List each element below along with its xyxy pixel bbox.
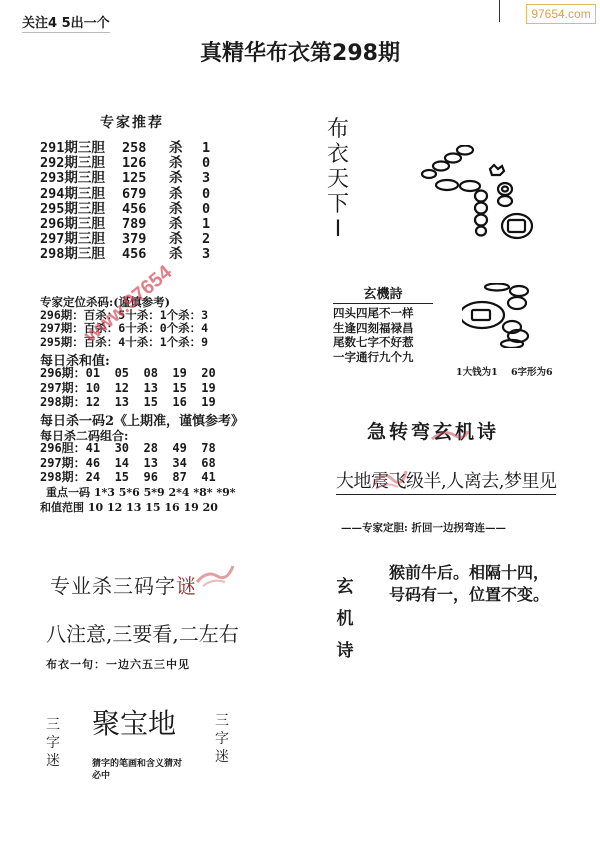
list-item: 298期：24 15 96 87 41 (40, 470, 216, 485)
kill-label: 杀 (164, 171, 202, 186)
dan-value: 456 (122, 247, 164, 262)
daily-sum-kill-list: 296期：01 05 08 19 20 297期：10 12 13 15 19 … (40, 366, 216, 410)
site-badge[interactable]: 97654.com (526, 4, 596, 24)
kill-value: 3 (202, 247, 232, 262)
dan-value: 258 (122, 141, 164, 156)
char: 下 (325, 192, 351, 217)
list-item: 298期：12 13 15 16 19 (40, 395, 216, 410)
kill-value: 1 (202, 217, 232, 232)
period: 298期三胆 (40, 247, 122, 262)
coin-caption: 1大钱为1 6字形为6 (456, 364, 553, 378)
period: 292期三胆 (40, 156, 122, 171)
char: 衣 (325, 142, 351, 167)
dan-value: 125 (122, 171, 164, 186)
table-row: 298期三胆456杀3 (40, 247, 232, 262)
brush-stroke-decoration (430, 425, 470, 443)
char: 三 (44, 716, 62, 734)
xuanji-poem: 玄機詩 四头四尾不一样 生逢四刻福禄昌 尾数七字不好惹 一字通行九个九 (333, 283, 433, 364)
char: 诗 (335, 635, 355, 667)
list-item: 295期：百杀：4十杀：1个杀：9 (40, 336, 208, 349)
kill-label: 杀 (164, 217, 202, 232)
kill-three-title: 专业杀三码字谜 (50, 570, 197, 599)
riddle-line: 八注意,三要看,二左右 (46, 618, 239, 647)
list-item: 296胆：41 30 28 49 78 (40, 441, 216, 456)
poem-line: 生逢四刻福禄昌 (333, 321, 433, 336)
kill-value: 0 (202, 187, 232, 202)
list-item: 296期：01 05 08 19 20 (40, 366, 216, 381)
sum-range: 和值范围 10 12 13 15 16 19 20 (40, 499, 218, 515)
kill-value: 0 (202, 156, 232, 171)
xuanji-shi-lines: 猴前牛后。相隔十四， 号码有一，位置不变。 (389, 562, 549, 606)
period: 297期三胆 (40, 232, 122, 247)
dan-value: 789 (122, 217, 164, 232)
kill-value: 3 (202, 171, 232, 186)
char: 机 (335, 603, 355, 635)
char: 迷 (44, 752, 62, 770)
table-row: 291期三胆258杀1 (40, 141, 232, 156)
list-item: 297期：百杀：6十杀：0个杀：4 (40, 322, 208, 335)
poem-line: 猴前牛后。相隔十四， (389, 562, 549, 584)
xuanji-poem-title: 玄機詩 (333, 283, 433, 304)
table-row: 295期三胆456杀0 (40, 202, 232, 217)
char: 天 (325, 167, 351, 192)
page-title: 真精华布衣第298期 (0, 36, 600, 67)
period: 291期三胆 (40, 141, 122, 156)
brush-stroke-decoration (195, 562, 235, 588)
jubao-hint: 猜字的笔画和含义猜对必中 (92, 758, 187, 782)
san-zi-mi-right: 三 字 迷 (213, 712, 231, 766)
kill-three-title-accent: 谜 (176, 574, 197, 598)
table-row: 292期三胆126杀0 (40, 156, 232, 171)
char: I (325, 217, 351, 242)
period: 295期三胆 (40, 202, 122, 217)
period: 293期三胆 (40, 171, 122, 186)
kill-value: 2 (202, 232, 232, 247)
brush-stroke-decoration (370, 463, 410, 491)
period: 296期三胆 (40, 217, 122, 232)
char: 迷 (213, 748, 231, 766)
kill-three-title-main: 专业杀三码字 (50, 574, 176, 598)
coin-six-drawing (462, 283, 572, 348)
char: 字 (44, 734, 62, 752)
list-item: 297期：46 14 13 34 68 (40, 456, 216, 471)
char: 玄 (335, 571, 355, 603)
table-row: 294期三胆679杀0 (40, 187, 232, 202)
char: 三 (213, 712, 231, 730)
san-zi-mi-left: 三 字 迷 (44, 716, 62, 770)
list-item: 297期：10 12 13 15 19 (40, 381, 216, 396)
expert-recommend-heading: 专家推荐 (100, 112, 164, 132)
table-row: 296期三胆789杀1 (40, 217, 232, 232)
kill-label: 杀 (164, 202, 202, 217)
coin-string-drawing (415, 145, 535, 240)
daily-kill-two-list: 296胆：41 30 28 49 78 297期：46 14 13 34 68 … (40, 441, 216, 485)
kill-value: 0 (202, 202, 232, 217)
buyi-tianxia-vertical: 布 衣 天 下 I (325, 117, 351, 242)
dan-value: 126 (122, 156, 164, 171)
kill-label: 杀 (164, 247, 202, 262)
dan-value: 456 (122, 202, 164, 217)
jubao-title: 聚宝地 (92, 702, 176, 742)
buyi-sentence: 布衣一句：一边六五三中见 (46, 656, 190, 672)
dan-value: 379 (122, 232, 164, 247)
kill-value: 1 (202, 141, 232, 156)
top-note: 关注4 5出一个 (22, 12, 110, 33)
focus-one-code: 重点一码 1*3 5*6 5*9 2*4 *8* *9* (46, 484, 236, 500)
char: 字 (213, 730, 231, 748)
table-row: 297期三胆379杀2 (40, 232, 232, 247)
kill-label: 杀 (164, 141, 202, 156)
poem-line: 一字通行九个九 (333, 350, 433, 365)
expert-dan-line: ——专家定胆: 折回一边拐弯连—— (341, 520, 506, 535)
xuanji-shi-vertical: 玄 机 诗 (335, 571, 355, 667)
divider-line (499, 0, 500, 22)
period: 294期三胆 (40, 187, 122, 202)
table-row: 293期三胆125杀3 (40, 171, 232, 186)
expert-recommend-table: 291期三胆258杀1 292期三胆126杀0 293期三胆125杀3 294期… (40, 141, 232, 263)
dan-value: 679 (122, 187, 164, 202)
poem-line: 号码有一，位置不变。 (389, 584, 549, 606)
poem-line: 尾数七字不好惹 (333, 335, 433, 350)
char: 布 (325, 117, 351, 142)
kill-label: 杀 (164, 187, 202, 202)
poem-line: 四头四尾不一样 (333, 306, 433, 321)
